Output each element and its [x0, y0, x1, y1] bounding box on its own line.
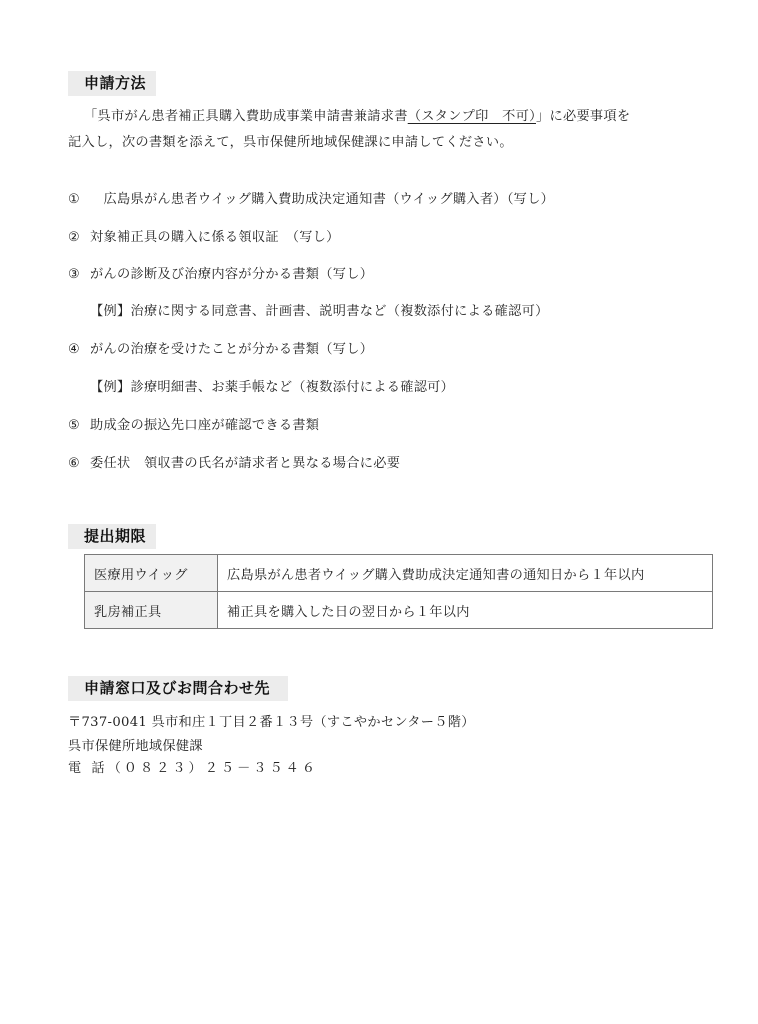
deadline-label: 乳房補正具: [85, 592, 218, 629]
item-text: がんの治療を受けたことが分かる書類（写し）: [90, 342, 373, 357]
section-heading-contact: 申請窓口及びお問合わせ先: [68, 676, 288, 701]
document-item-1: ① 広島県がん患者ウイッグ購入費助成決定通知書（ウイッグ購入者）（写し）: [68, 188, 554, 207]
item-number: ③: [68, 267, 90, 282]
contact-department: 呉市保健所地域保健課: [68, 735, 203, 754]
document-item-3-example: 【例】治療に関する同意書、計画書、説明書など（複数添付による確認可）: [90, 300, 549, 319]
item-text: がんの診断及び治療内容が分かる書類（写し）: [90, 267, 373, 282]
item-text: 助成金の振込先口座が確認できる書類: [90, 418, 319, 433]
deadline-value: 補正具を購入した日の翌日から１年以内: [218, 592, 713, 629]
contact-address: 〒737-0041 呉市和庄１丁目２番１３号（すこやかセンター５階）: [68, 711, 475, 730]
item-number: ⑥: [68, 456, 90, 471]
document-item-4-example: 【例】診療明細書、お薬手帳など（複数添付による確認可）: [90, 376, 454, 395]
item-number: ④: [68, 342, 90, 357]
deadline-value: 広島県がん患者ウイッグ購入費助成決定通知書の通知日から１年以内: [218, 555, 713, 592]
section-heading-application-method: 申請方法: [68, 71, 156, 96]
section-heading-deadline: 提出期限: [68, 524, 156, 549]
item-number: ②: [68, 230, 90, 245]
document-item-5: ⑤助成金の振込先口座が確認できる書類: [68, 414, 319, 433]
item-text: 委任状 領収書の氏名が請求者と異なる場合に必要: [90, 456, 400, 471]
intro-paragraph-line1: 「呉市がん患者補正具購入費助成事業申請書兼請求書（スタンプ印 不可）」に必要事項…: [84, 108, 630, 125]
item-number: ⑤: [68, 418, 90, 433]
document-item-3: ③がんの診断及び治療内容が分かる書類（写し）: [68, 263, 373, 282]
intro-text-end: 」に必要事項を: [536, 109, 630, 124]
document-item-4: ④がんの治療を受けたことが分かる書類（写し）: [68, 338, 373, 357]
table-row: 医療用ウイッグ 広島県がん患者ウイッグ購入費助成決定通知書の通知日から１年以内: [85, 555, 713, 592]
table-row: 乳房補正具 補正具を購入した日の翌日から１年以内: [85, 592, 713, 629]
intro-paragraph-line2: 記入し，次の書類を添えて，呉市保健所地域保健課に申請してください。: [68, 134, 513, 151]
deadline-table: 医療用ウイッグ 広島県がん患者ウイッグ購入費助成決定通知書の通知日から１年以内 …: [84, 554, 713, 629]
deadline-label: 医療用ウイッグ: [85, 555, 218, 592]
document-item-6: ⑥委任状 領収書の氏名が請求者と異なる場合に必要: [68, 452, 400, 471]
item-text: 広島県がん患者ウイッグ購入費助成決定通知書（ウイッグ購入者）（写し）: [90, 192, 554, 207]
intro-text-underlined-note: （スタンプ印 不可）: [408, 109, 536, 124]
intro-text-start: 「呉市がん患者補正具購入費助成事業申請書兼請求書: [84, 109, 408, 124]
item-number: ①: [68, 192, 90, 207]
contact-phone: 電 話（０８２３）２５－３５４６: [68, 757, 318, 776]
item-text: 対象補正具の購入に係る領収証 （写し）: [90, 230, 340, 245]
document-item-2: ②対象補正具の購入に係る領収証 （写し）: [68, 226, 340, 245]
